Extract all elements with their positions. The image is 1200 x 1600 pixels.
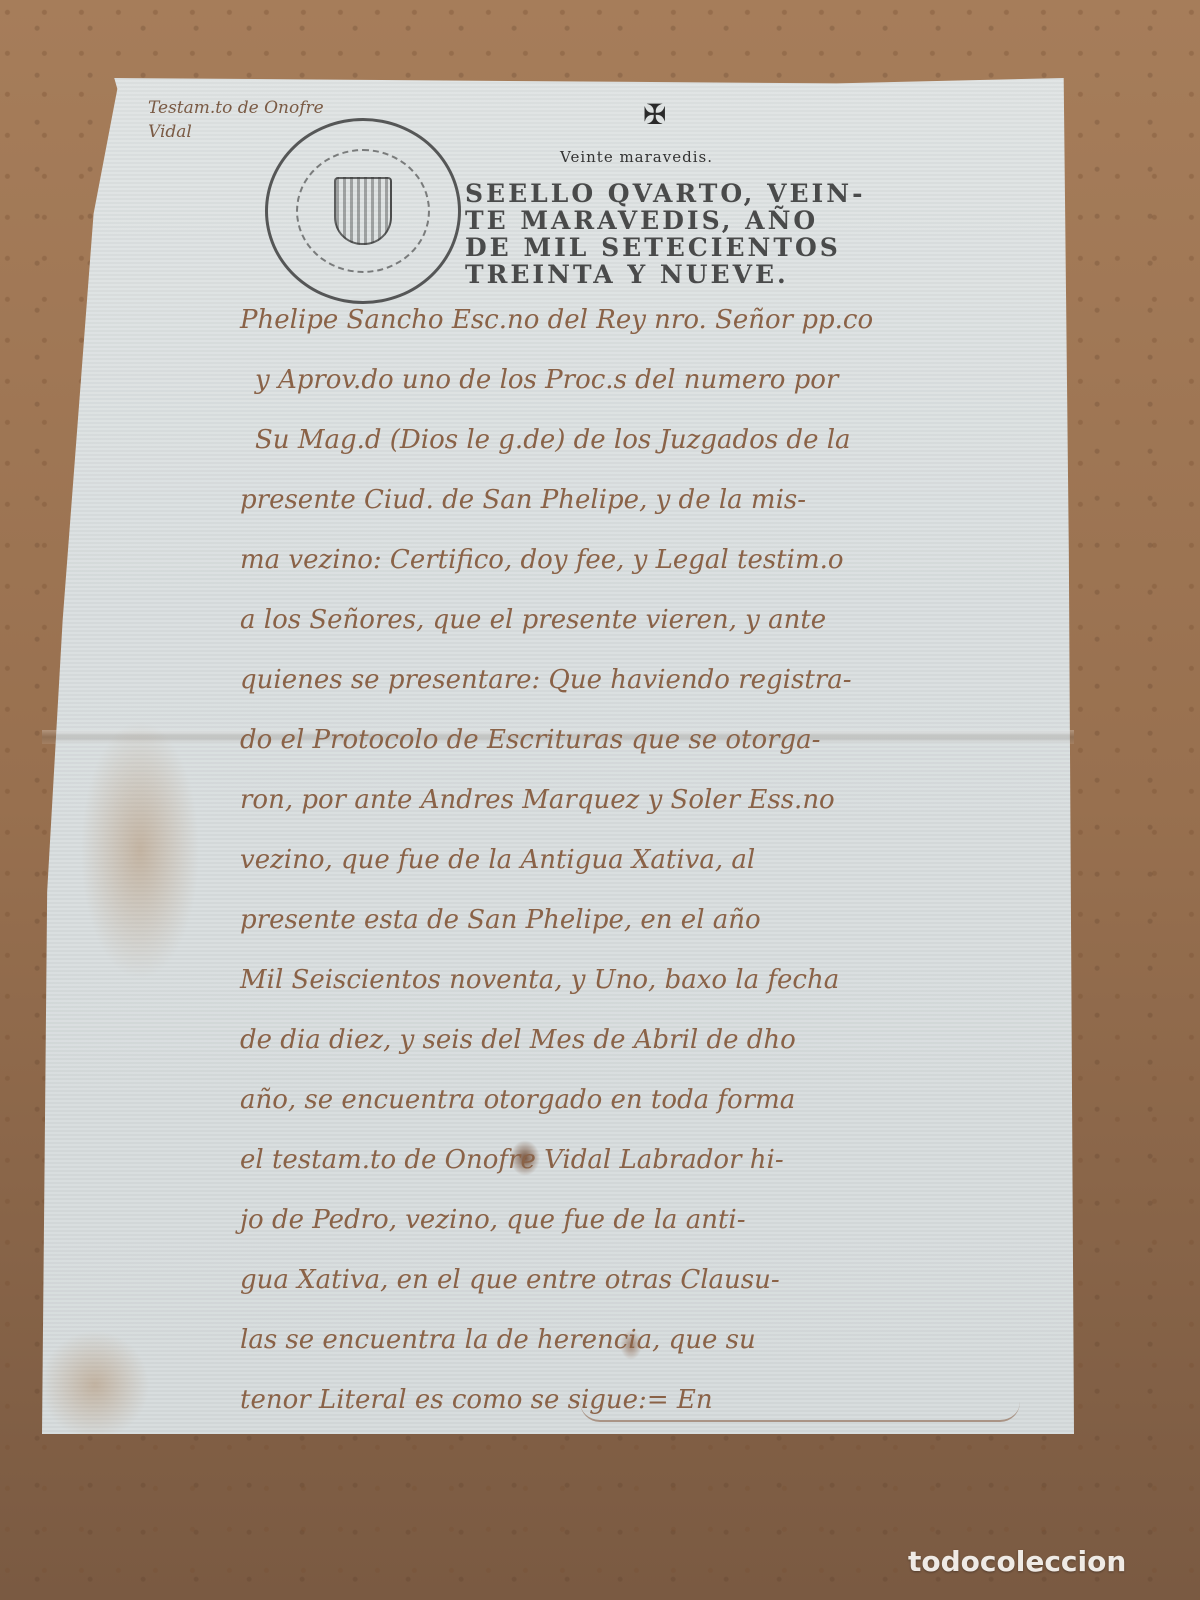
margin-note-line: Testam.to de Onofre [148, 96, 324, 120]
cross-fleury-icon: ✠ [643, 98, 666, 131]
manuscript-line: las se encuentra la de herencia, que su [240, 1310, 1045, 1370]
manuscript-line: ron, por ante Andres Marquez y Soler Ess… [240, 770, 1045, 830]
manuscript-line: y Aprov.do uno de los Proc.s del numero … [255, 350, 1045, 410]
manuscript-line: Su Mag.d (Dios le g.de) de los Juzgados … [255, 410, 1045, 470]
seal-inner-ring [296, 149, 430, 273]
signature-flourish [580, 1390, 1020, 1422]
manuscript-line: ma vezino: Certifico, doy fee, y Legal t… [240, 530, 1045, 590]
manuscript-line: do el Protocolo de Escrituras que se oto… [240, 710, 1045, 770]
manuscript-line: de dia diez, y seis del Mes de Abril de … [240, 1010, 1045, 1070]
water-stain [40, 1330, 150, 1440]
manuscript-line: jo de Pedro, vezino, que fue de la anti- [240, 1190, 1045, 1250]
manuscript-line: año, se encuentra otorgado en toda forma [240, 1070, 1045, 1130]
watermark-logo: todocoleccion [908, 1545, 1126, 1578]
manuscript-line: presente Ciud. de San Phelipe, y de la m… [240, 470, 1045, 530]
manuscript-body: Phelipe Sancho Esc.no del Rey nro. Señor… [245, 290, 1045, 1430]
stamp-line: TE MARAVEDIS, AÑO [465, 207, 890, 234]
manuscript-line: gua Xativa, en el que entre otras Clausu… [240, 1250, 1045, 1310]
stamp-text-block: SEELLO QVARTO, VEIN- TE MARAVEDIS, AÑO D… [465, 180, 890, 288]
manuscript-line: a los Señores, que el presente vieren, y… [240, 590, 1045, 650]
manuscript-line: Phelipe Sancho Esc.no del Rey nro. Señor… [240, 290, 1045, 350]
manuscript-line: Mil Seiscientos noventa, y Uno, baxo la … [240, 950, 1045, 1010]
manuscript-line: vezino, que fue de la Antigua Xativa, al [240, 830, 1045, 890]
stamp-value-line: Veinte maravedis. [560, 148, 713, 166]
royal-seal: PHILIPPVS V D.G. HISPANIAR. REX [265, 118, 461, 304]
margin-note: Testam.to de Onofre Vidal [148, 96, 324, 144]
manuscript-line: quienes se presentare: Que haviendo regi… [240, 650, 1045, 710]
manuscript-line: el testam.to de Onofre Vidal Labrador hi… [240, 1130, 1045, 1190]
stamp-line: SEELLO QVARTO, VEIN- [465, 180, 890, 207]
stamp-line: TREINTA Y NUEVE. [465, 261, 890, 288]
stamp-line: DE MIL SETECIENTOS [465, 234, 890, 261]
water-stain [80, 720, 200, 980]
royal-coat-of-arms-icon [334, 177, 392, 245]
manuscript-line: presente esta de San Phelipe, en el año [240, 890, 1045, 950]
